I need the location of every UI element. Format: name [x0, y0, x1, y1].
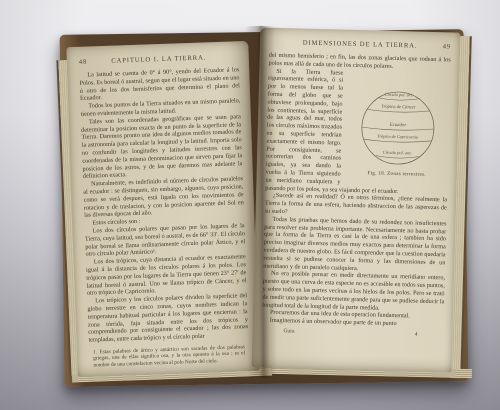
right-header-title: DIMENSIONES DE LA TIERRA. [291, 39, 429, 50]
sheet-number: 4 [415, 331, 418, 337]
globe-diagram: Círculo pol. árt. Trópico de Cáncer Ecua… [347, 84, 449, 171]
right-page: DIMENSIONES DE LA TIERRA. 49 del mismo h… [252, 27, 461, 372]
label-equator: Ecuador [389, 122, 407, 127]
paragraph: Naturalmente, es indefinido el número de… [83, 175, 244, 220]
header-spacer [269, 44, 291, 45]
left-header-title: CAPITULO I. LA TIERRA. [101, 54, 217, 65]
left-page: 48 CAPITULO I. LA TIERRA. La latitud se … [66, 41, 259, 377]
zones-figure: Círculo pol. árt. Trópico de Cáncer Ecua… [346, 84, 450, 179]
left-running-head: 48 CAPITULO I. LA TIERRA. [79, 53, 239, 66]
right-page-number: 49 [429, 43, 451, 51]
header-spacer [217, 58, 239, 59]
tropic-capricorn-line [364, 139, 431, 143]
paragraph: Tales son las coordenadas geográficas qu… [81, 113, 243, 181]
label-tropic-capricorn: Trópico de Capricornio [377, 133, 419, 139]
paragraph: Los dos trópicos, cuya distancia al ecua… [86, 253, 247, 298]
footnote: 1. Estas palabras de ártico y antártico … [89, 344, 250, 369]
right-running-head: DIMENSIONES DE LA TIERRA. 49 [269, 39, 451, 51]
paragraph: Todas las pruebas que hemos dado de su r… [263, 215, 446, 274]
paragraph: No era posible pensar en medir directame… [262, 270, 445, 314]
label-arctic-circle: Círculo pol. árt. [385, 91, 414, 97]
signature-mark: Guia. [283, 328, 295, 334]
signature-row: Guia. 4 [261, 327, 443, 338]
arctic-circle-line [377, 97, 420, 100]
left-page-number: 48 [79, 58, 101, 66]
right-page-text: del mismo hemisferio ; en fin, las dos z… [262, 52, 451, 330]
label-antarctic-circle: Círculo pol. ant. [383, 149, 412, 155]
photo-backdrop: 48 CAPITULO I. LA TIERRA. La latitud se … [0, 0, 500, 410]
tropic-cancer-line [367, 109, 430, 113]
open-book: 48 CAPITULO I. LA TIERRA. La latitud se … [50, 18, 470, 390]
left-page-text: La latitud se cuenta de 0° á 90°, yendo … [79, 66, 248, 344]
antarctic-circle-line [376, 155, 419, 158]
label-tropic-cancer: Trópico de Cáncer [381, 103, 416, 109]
paragraph: Los trópicos y los círculos polares divi… [87, 292, 249, 344]
